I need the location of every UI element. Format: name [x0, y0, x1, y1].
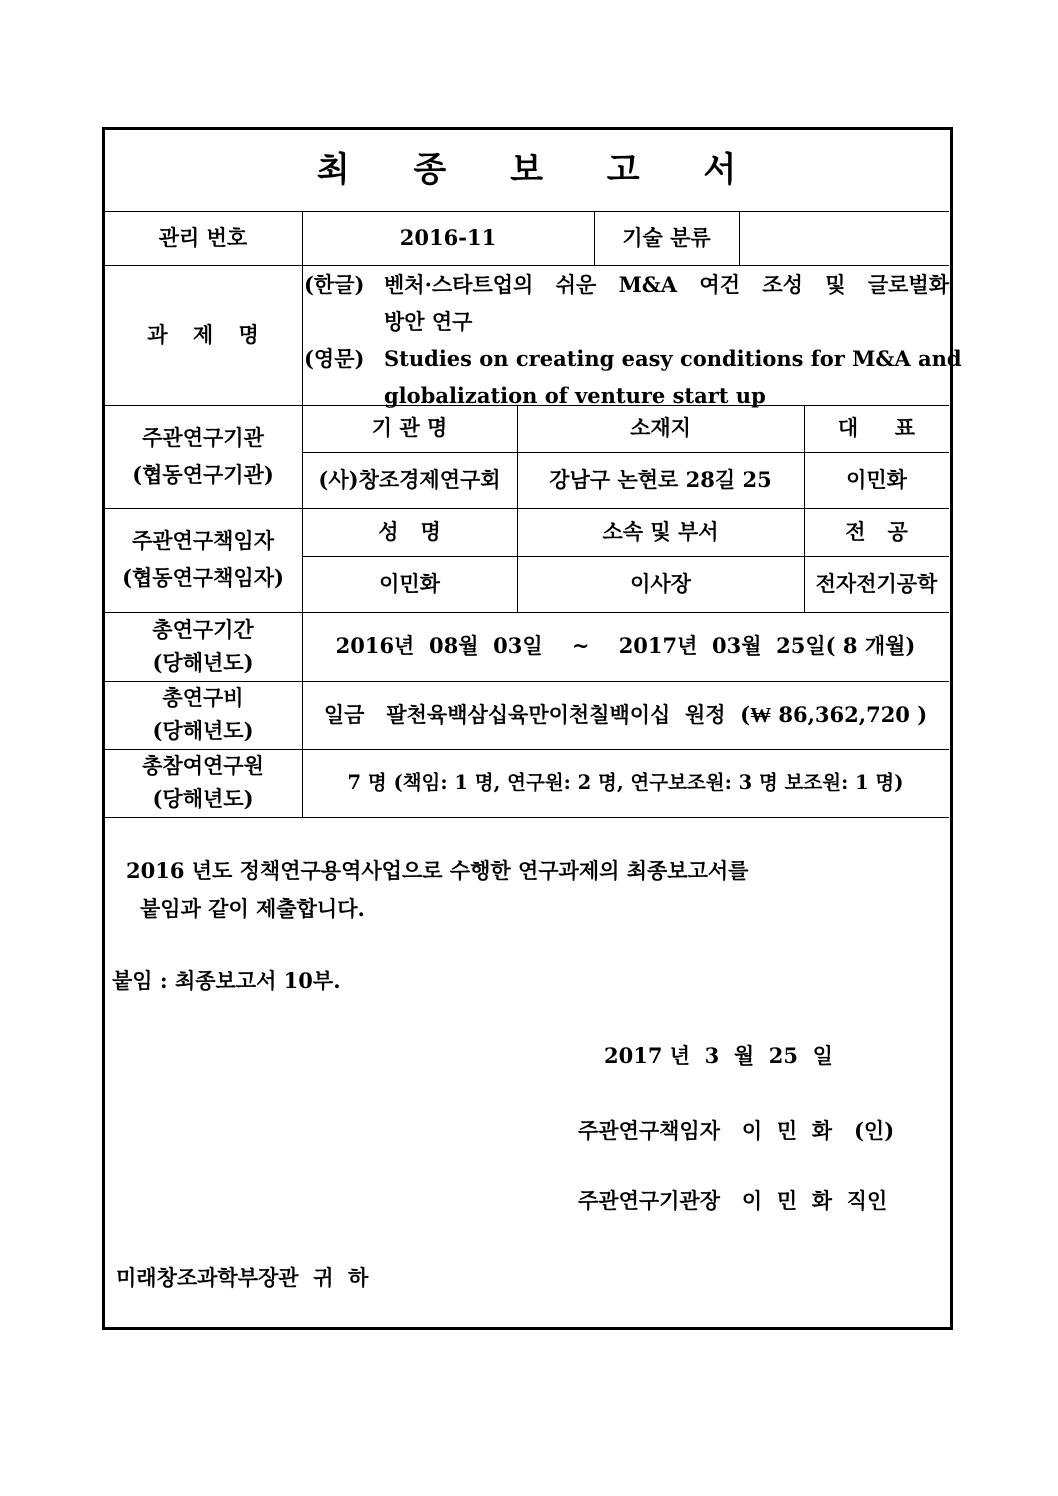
researcher-affiliation: 이사장: [517, 556, 804, 612]
institution-label-line2: (협동연구기관): [132, 457, 274, 494]
period-label-line1: 총연구기간: [152, 614, 253, 647]
personnel-value: 7 명 (책임: 1 명, 연구원: 2 명, 연구보조원: 3 명 보조원: …: [302, 749, 949, 817]
management-number-value: 2016-11: [302, 211, 594, 265]
attachment-note: 붙임 : 최종보고서 10부.: [112, 965, 341, 995]
researcher-header-affiliation: 소속 및 부서: [517, 508, 804, 556]
personnel-label: 총참여연구원 (당해년도): [104, 749, 302, 817]
tech-classification-label: 기술 분류: [594, 211, 739, 265]
korean-title-line2: 방안 연구: [384, 303, 949, 340]
researcher-label-line1: 주관연구책임자: [132, 523, 274, 560]
project-name-korean-line1: (한글) 벤처·스타트업의 쉬운 M&A 여건 조성 및 글로벌화: [304, 266, 949, 303]
signature-institution: 주관연구기관장 이 민 화 직인: [578, 1185, 887, 1215]
signature-researcher: 주관연구책임자 이 민 화 (인): [578, 1115, 894, 1145]
institution-location: 강남구 논현로 28길 25: [517, 452, 804, 508]
budget-label-line2: (당해년도): [152, 715, 253, 748]
researcher-name: 이민화: [302, 556, 517, 612]
budget-value: 일금 팔천육백삼십육만이천칠백이십 원정 (₩ 86,362,720 ): [302, 681, 949, 749]
recipient: 미래창조과학부장관 귀 하: [116, 1262, 368, 1292]
period-value: 2016년 08월 03일 ~ 2017년 03월 25일( 8 개월): [302, 612, 949, 681]
personnel-label-line1: 총참여연구원: [142, 750, 264, 783]
researcher-header-name: 성 명: [302, 508, 517, 556]
tech-classification-value: [739, 211, 949, 265]
researcher-major: 전자전기공학: [804, 556, 949, 612]
institution-name: (사)창조경제연구회: [302, 452, 517, 508]
period-label: 총연구기간 (당해년도): [104, 612, 302, 681]
english-prefix: (영문): [304, 340, 384, 377]
management-number-label: 관리 번호: [104, 211, 302, 265]
institution-header-representative: 대 표: [804, 405, 949, 452]
institution-header-location: 소재지: [517, 405, 804, 452]
institution-label: 주관연구기관 (협동연구기관): [104, 405, 302, 508]
english-title-line1: Studies on creating easy conditions for …: [384, 340, 962, 377]
submission-date: 2017 년 3 월 25 일: [604, 1040, 833, 1070]
statement-line2: 붙임과 같이 제출합니다.: [140, 893, 365, 923]
project-name-korean-line2: 방안 연구: [304, 303, 949, 340]
statement-line1: 2016 년도 정책연구용역사업으로 수행한 연구과제의 최종보고서를: [126, 855, 748, 885]
document-title: 최 종 보 고 서: [104, 130, 949, 211]
institution-label-line1: 주관연구기관: [142, 420, 264, 457]
researcher-label: 주관연구책임자 (협동연구책임자): [104, 508, 302, 612]
researcher-header-major: 전 공: [804, 508, 949, 556]
row-divider: [104, 817, 949, 818]
project-name-english-line1: (영문) Studies on creating easy conditions…: [304, 340, 949, 377]
project-name-label: 과 제 명: [104, 265, 302, 405]
project-name-block: (한글) 벤처·스타트업의 쉬운 M&A 여건 조성 및 글로벌화 방안 연구 …: [304, 266, 949, 414]
budget-label-line1: 총연구비: [162, 682, 243, 715]
period-label-line2: (당해년도): [152, 647, 253, 680]
budget-label: 총연구비 (당해년도): [104, 681, 302, 749]
institution-representative: 이민화: [804, 452, 949, 508]
researcher-label-line2: (협동연구책임자): [122, 560, 284, 597]
institution-header-name: 기 관 명: [302, 405, 517, 452]
personnel-label-line2: (당해년도): [152, 783, 253, 816]
korean-title-line1: 벤처·스타트업의 쉬운 M&A 여건 조성 및 글로벌화: [384, 266, 949, 303]
korean-prefix: (한글): [304, 266, 384, 303]
